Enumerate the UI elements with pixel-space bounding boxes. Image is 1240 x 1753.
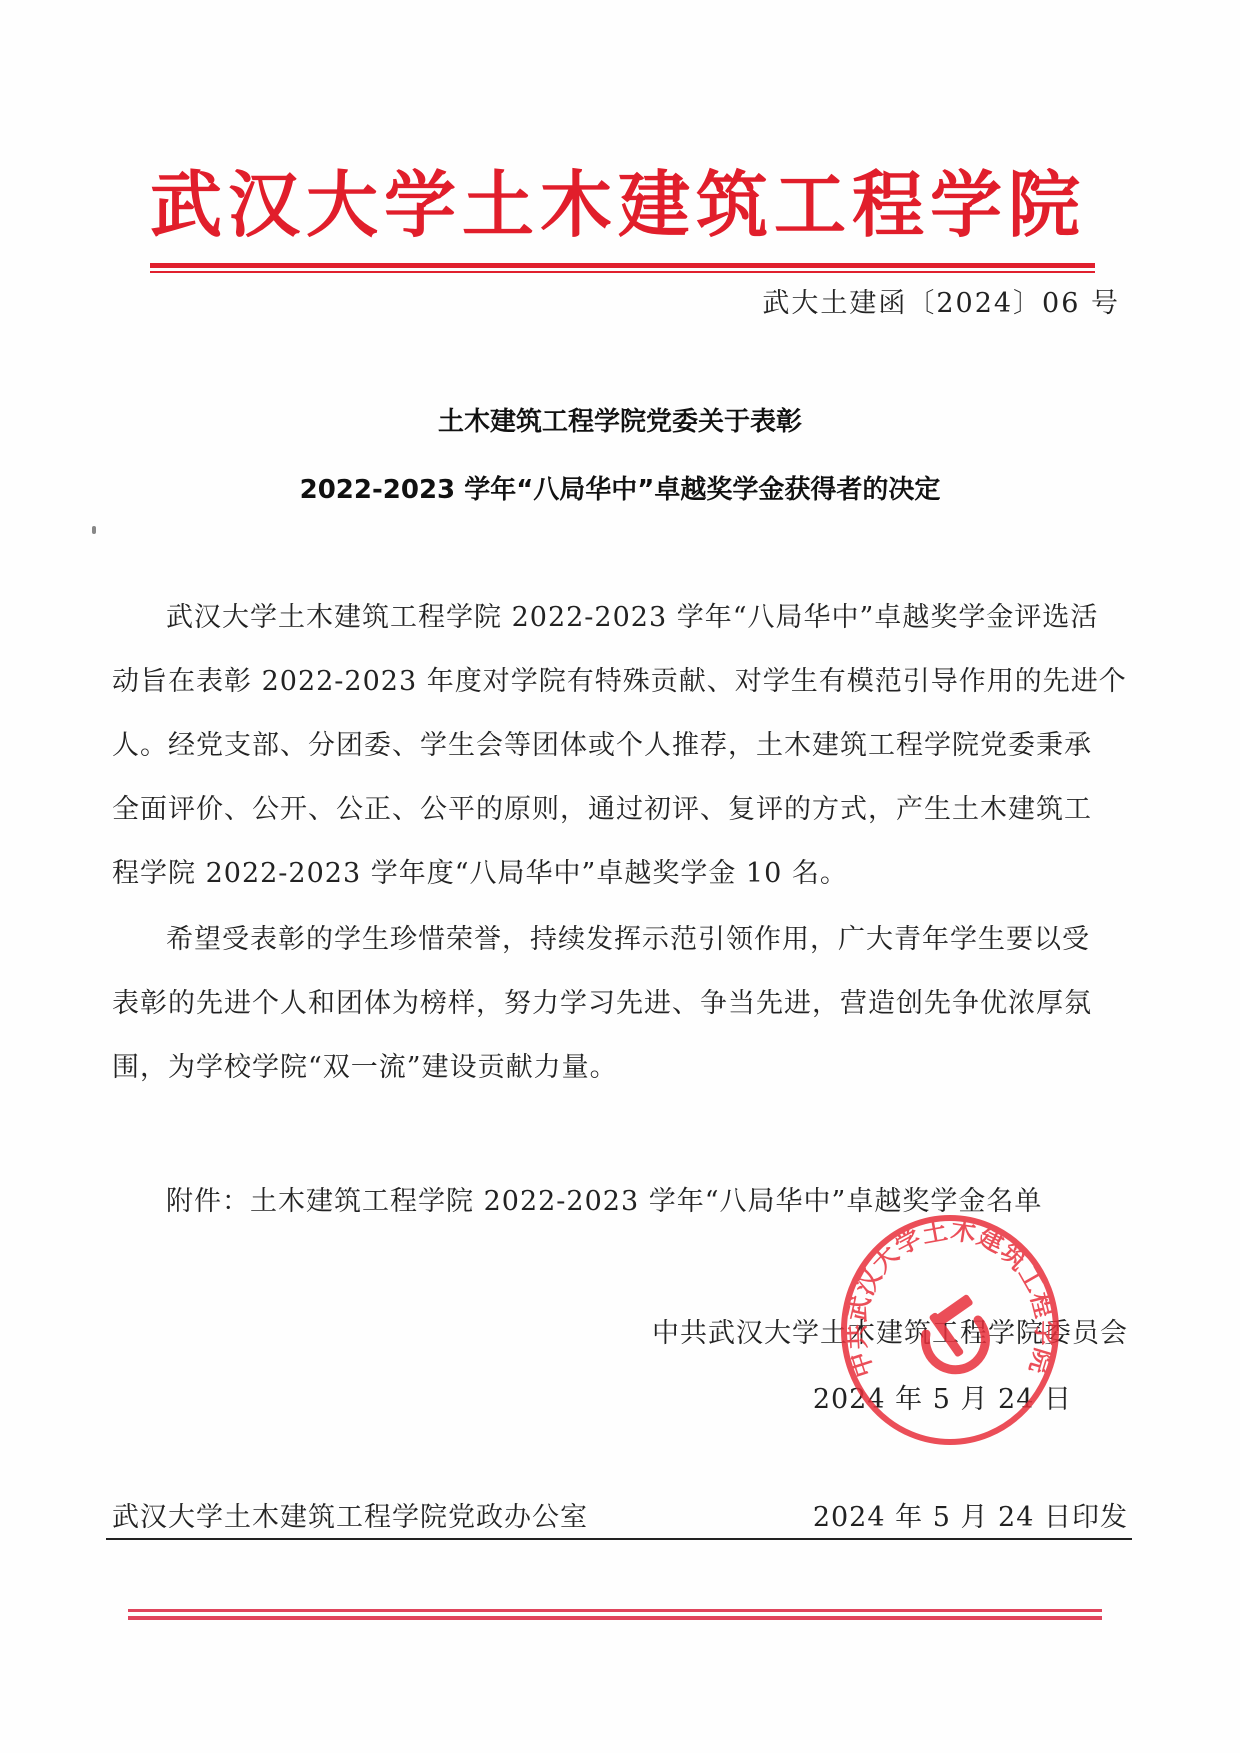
body-line: 希望受表彰的学生珍惜荣誉，持续发挥示范引领作用，广大青年学生要以受 — [166, 922, 1128, 958]
svg-text:中共武汉大学土木建筑工程学院委员会: 中共武汉大学土木建筑工程学院委员会 — [838, 1212, 1060, 1381]
issuing-office: 武汉大学土木建筑工程学院党政办公室 — [112, 1500, 588, 1536]
scan-speck — [92, 526, 96, 534]
issue-line-rule — [106, 1538, 1132, 1540]
issue-date: 2024 年 5 月 24 日印发 — [813, 1500, 1128, 1536]
footer-rule-top — [128, 1609, 1102, 1612]
footer-rule-bottom — [128, 1616, 1102, 1620]
body-line: 全面评价、公开、公正、公平的原则，通过初评、复评的方式，产生土木建筑工 — [112, 792, 1128, 828]
body-line: 程学院 2022-2023 学年度“八局华中”卓越奖学金 10 名。 — [112, 856, 1128, 892]
body-line: 动旨在表彰 2022-2023 年度对学院有特殊贡献、对学生有模范引导作用的先进… — [112, 664, 1128, 700]
masthead-rule-thin — [150, 271, 1095, 273]
masthead-title: 武汉大学土木建筑工程学院 — [150, 160, 1080, 250]
body-line: 围，为学校学院“双一流”建设贡献力量。 — [112, 1050, 1128, 1086]
document-page: 武汉大学土木建筑工程学院 武大土建函〔2024〕06 号 土木建筑工程学院党委关… — [0, 0, 1240, 1753]
document-title-line-2: 2022-2023 学年“八局华中”卓越奖学金获得者的决定 — [0, 470, 1240, 510]
body-line: 表彰的先进个人和团体为榜样，努力学习先进、争当先进，营造创先争优浓厚氛 — [112, 986, 1128, 1022]
masthead-rule-thick — [150, 263, 1095, 268]
document-title-line-1: 土木建筑工程学院党委关于表彰 — [0, 402, 1240, 442]
body-line: 人。经党支部、分团委、学生会等团体或个人推荐，土木建筑工程学院党委秉承 — [112, 728, 1128, 764]
body-line: 武汉大学土木建筑工程学院 2022-2023 学年“八局华中”卓越奖学金评选活 — [166, 600, 1128, 636]
document-number: 武大土建函〔2024〕06 号 — [762, 286, 1120, 322]
official-seal-icon: 中共武汉大学土木建筑工程学院委员会 — [838, 1212, 1062, 1448]
